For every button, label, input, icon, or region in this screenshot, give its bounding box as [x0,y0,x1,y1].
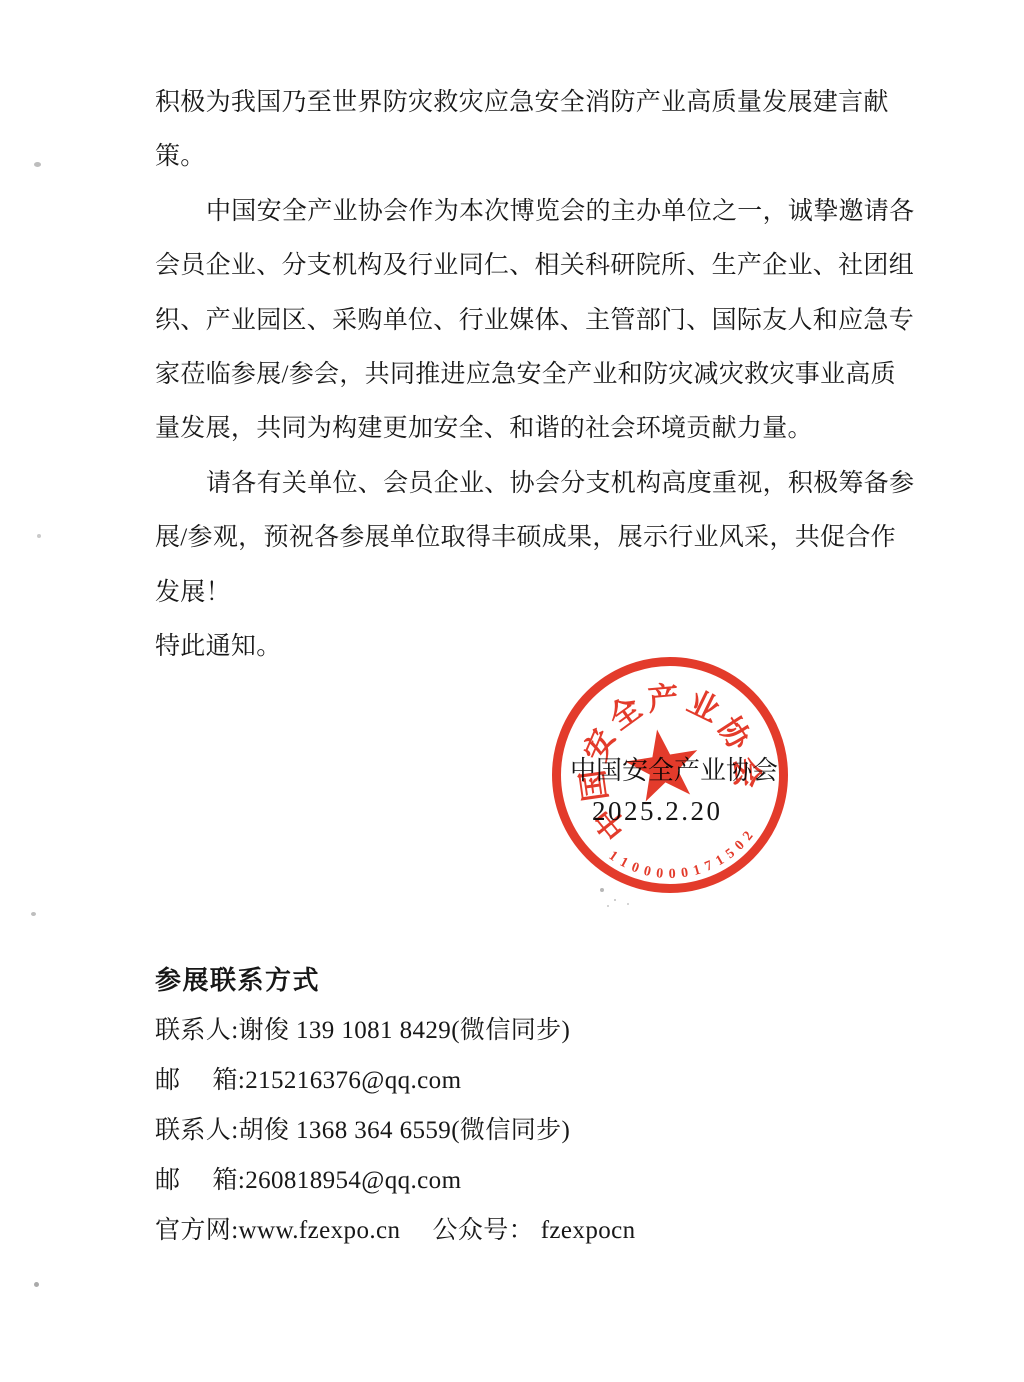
body-line: 量发展，共同为构建更加安全、和谐的社会环境贡献力量。 [155,402,897,456]
scan-artifact-dot [37,534,41,538]
notice-document-page: 积极为我国乃至世界防灾救灾应急安全消防产业高质量发展建言献 策。 中国安全产业协… [0,0,1024,1382]
body-line: 积极为我国乃至世界防灾救灾应急安全消防产业高质量发展建言献 [155,76,897,130]
official-red-seal: 中国安全产业协会 1100000171502 [552,657,788,893]
notice-body: 积极为我国乃至世界防灾救灾应急安全消防产业高质量发展建言献 策。 中国安全产业协… [155,76,897,674]
contact-website-line: 官方网:www.fzexpo.cn 公众号： fzexpocn [155,1206,855,1256]
body-line: 发展！ [155,566,897,620]
contact-section: 参展联系方式 联系人:谢俊 139 1081 8429(微信同步) 邮 箱:21… [155,956,855,1256]
contact-person-line: 联系人:胡俊 1368 364 6559(微信同步) [155,1106,855,1156]
body-line: 织、产业园区、采购单位、行业媒体、主管部门、国际友人和应急专 [155,294,897,348]
body-line: 展/参观，预祝各参展单位取得丰硕成果，展示行业风采，共促合作 [155,511,897,565]
body-line: 家莅临参展/参会，共同推进应急安全产业和防灾减灾救灾事业高质 [155,348,897,402]
body-line: 请各有关单位、会员企业、协会分支机构高度重视，积极筹备参 [155,457,897,511]
scan-artifact-dot [34,1282,39,1287]
contact-heading: 参展联系方式 [155,956,855,1006]
body-line: 中国安全产业协会作为本次博览会的主办单位之一，诚挚邀请各 [155,185,897,239]
seal-serial-number: 1100000171502 [552,657,788,893]
contact-person-line: 联系人:谢俊 139 1081 8429(微信同步) [155,1006,855,1056]
contact-email-line: 邮 箱:215216376@qq.com [155,1056,855,1106]
scan-artifact-dot [31,912,36,916]
body-line: 策。 [155,130,897,184]
scan-artifact-dot [34,162,41,167]
body-line: 会员企业、分支机构及行业同仁、相关科研院所、生产企业、社团组 [155,239,897,293]
contact-email-line: 邮 箱:260818954@qq.com [155,1156,855,1206]
